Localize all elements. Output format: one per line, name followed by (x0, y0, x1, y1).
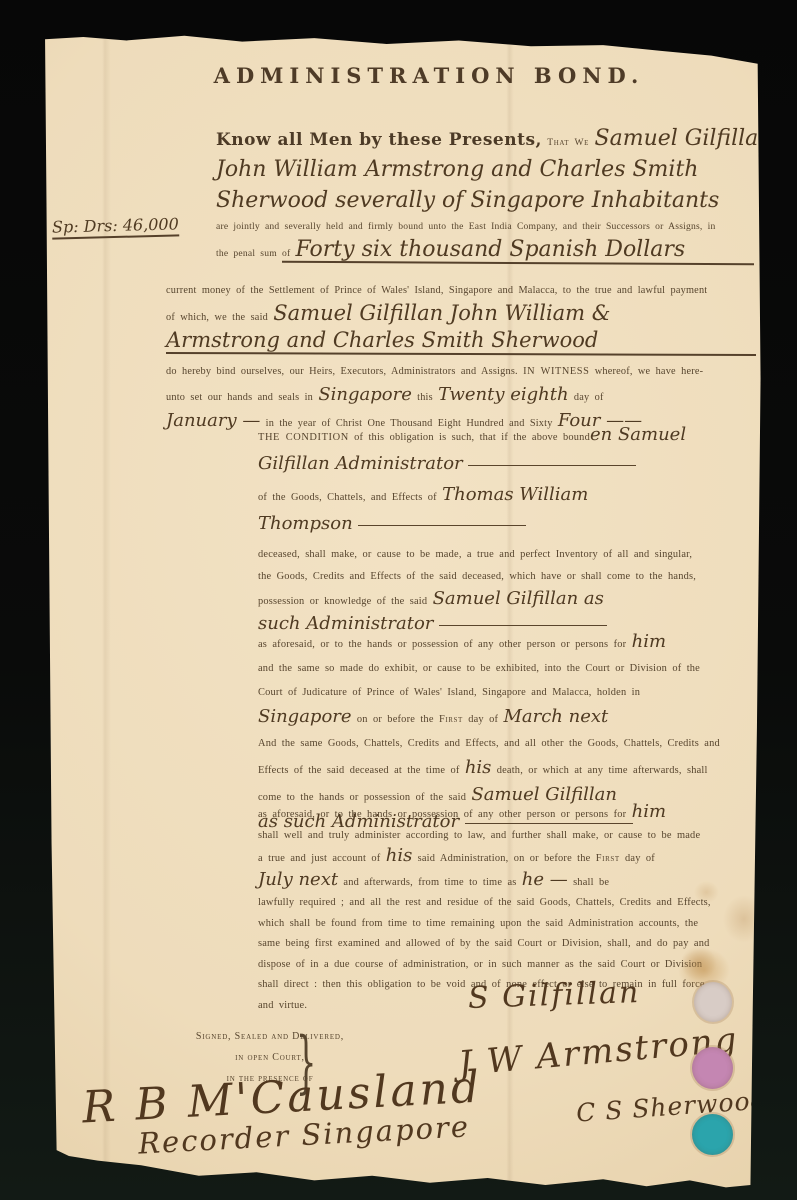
printed-text: the penal sum of (216, 248, 295, 259)
document-line: same being first examined and allowed of… (258, 934, 744, 955)
document-line: July next and afterwards, from time to t… (258, 870, 744, 894)
printed-text: unto set our hands and seals in (166, 392, 318, 403)
document-line: unto set our hands and seals in Singapor… (166, 383, 758, 409)
document-line: Know all Men by these Presents, That We … (216, 125, 744, 156)
printed-text: as aforesaid, or to the hands or possess… (258, 809, 632, 820)
wafer-seal-teal-icon (692, 1114, 733, 1155)
bond-document-paper: ADMINISTRATION BOND. Sp: Drs: 46,000 Kno… (40, 30, 762, 1192)
document-line: dispose of in a due course of administra… (258, 955, 744, 976)
printed-text: as aforesaid, or to the hands or possess… (258, 639, 632, 650)
handwritten-text: en Samuel (590, 424, 686, 445)
document-line: THE CONDITION of this obligation is such… (258, 422, 744, 451)
document-line: current money of the Settlement of Princ… (166, 280, 758, 302)
document-line: lawfully required ; and all the rest and… (258, 893, 744, 914)
printed-text: day of (569, 392, 604, 403)
fill-in-rule (358, 516, 526, 526)
condition-clause-2: of the Goods, Chattels, and Effects of T… (258, 482, 744, 540)
printed-text: possession or knowledge of the said (258, 596, 433, 607)
handwritten-text: Thompson (258, 513, 358, 534)
printed-text: on or before the (352, 714, 439, 725)
printed-text: shall well and truly administer accordin… (258, 830, 700, 841)
printed-text: lawfully required ; and all the rest and… (258, 897, 711, 908)
printed-text: the Goods, Credits and Effects of the sa… (258, 571, 696, 582)
document-title: ADMINISTRATION BOND. (68, 63, 790, 88)
handwritten-text: John William Armstrong and Charles Smith (216, 157, 698, 182)
printed-text: Court of Judicature of Prince of Wales' … (258, 687, 640, 698)
fill-in-rule (439, 616, 607, 626)
document-line: Gilfillan Administrator (258, 451, 744, 480)
handwritten-text: his (465, 757, 492, 778)
document-line: Court of Judicature of Prince of Wales' … (258, 681, 744, 705)
printed-text: a true and just account of (258, 853, 386, 864)
document-line: and the same so made do exhibit, or caus… (258, 657, 744, 681)
printed-text: same being first examined and allowed of… (258, 938, 710, 949)
printed-text: That We (542, 137, 595, 148)
printed-text: dispose of in a due course of administra… (258, 959, 702, 970)
handwritten-text: July next (258, 869, 338, 890)
opening-clause: Know all Men by these Presents, That We … (216, 125, 744, 267)
printed-text: which shall be found from time to time r… (258, 918, 698, 929)
printed-text: First (439, 714, 463, 725)
wafer-seal-pale-icon (694, 982, 732, 1022)
document-line: John William Armstrong and Charles Smith (216, 156, 744, 187)
handwritten-text: his (386, 845, 413, 866)
printed-text: whereof, we have here- (589, 366, 703, 377)
printed-text: are jointly and severally held and firml… (216, 221, 715, 232)
printed-text: of this obligation is such, that if the … (349, 432, 590, 443)
printed-text: and the same so made do exhibit, or caus… (258, 663, 700, 674)
document-line: Armstrong and Charles Smith Sherwood (166, 329, 758, 356)
printed-text: shall be (568, 877, 609, 888)
printed-text: deceased, shall make, or cause to be mad… (258, 549, 692, 560)
printed-text: of which, we the said (166, 312, 273, 323)
handwritten-text: Samuel Gilfillan as (433, 588, 604, 609)
handwritten-text: Thomas William (442, 484, 588, 505)
printed-text: IN WITNESS (523, 366, 589, 377)
printed-text: Effects of the said deceased at the time… (258, 765, 465, 776)
document-line: of which, we the said Samuel Gilfillan J… (166, 302, 758, 329)
attestation-line-1: Signed, Sealed and Delivered, (152, 1026, 388, 1047)
document-line: of the Goods, Chattels, and Effects of T… (258, 482, 744, 511)
handwritten-text: Forty six thousand Spanish Dollars (295, 237, 685, 262)
printed-text: day of (463, 714, 504, 725)
document-line: are jointly and severally held and firml… (216, 218, 744, 236)
photo-background: ADMINISTRATION BOND. Sp: Drs: 46,000 Kno… (0, 0, 797, 1200)
handwritten-text: Samuel Gilfillan (595, 126, 773, 151)
document-line: Singapore on or before the First day of … (258, 705, 744, 732)
printed-text: death, or which at any time afterwards, … (491, 765, 707, 776)
signature-gilfillan: S Gilfillan (467, 975, 640, 1016)
printed-text: First (596, 853, 620, 864)
printed-text: this (412, 392, 438, 403)
document-line: Thompson (258, 511, 744, 540)
printed-text: and virtue. (258, 1000, 307, 1011)
condition-clause-3: deceased, shall make, or cause to be mad… (258, 544, 744, 638)
penal-sum-margin-note: Sp: Drs: 46,000 (52, 214, 179, 239)
document-line: deceased, shall make, or cause to be mad… (258, 544, 744, 566)
handwritten-text: Gilfillan Administrator (258, 453, 468, 474)
handwritten-text: Singapore (258, 706, 352, 727)
fill-in-rule (468, 456, 636, 466)
document-line: Effects of the said deceased at the time… (258, 756, 744, 783)
document-line: as aforesaid, or to the hands or possess… (258, 802, 744, 826)
attestation-line-2: in open Court, (152, 1047, 388, 1068)
condition-clause-1: THE CONDITION of this obligation is such… (258, 422, 744, 480)
handwritten-text: Twenty eighth (438, 384, 569, 405)
document-line: do hereby bind ourselves, our Heirs, Exe… (166, 360, 758, 383)
handwritten-text: Sherwood severally of Singapore Inhabita… (216, 188, 719, 213)
handwritten-text: he — (522, 869, 568, 890)
document-line: And the same Goods, Chattels, Credits an… (258, 732, 744, 756)
signature-sherwood: C S Sherwood (575, 1085, 768, 1127)
handwritten-text: him (632, 631, 666, 652)
document-line: shall well and truly administer accordin… (258, 826, 744, 847)
printed-text: and afterwards, from time to time as (338, 877, 522, 888)
document-line: possession or knowledge of the said Samu… (258, 588, 744, 613)
document-line: the Goods, Credits and Effects of the sa… (258, 566, 744, 588)
handwritten-text: Samuel Gilfillan John William & (273, 301, 610, 325)
document-line: as aforesaid, or to the hands or possess… (258, 630, 744, 657)
handwritten-text: him (632, 801, 666, 822)
handwritten-text: March next (503, 706, 608, 727)
printed-text: do hereby bind ourselves, our Heirs, Exe… (166, 366, 523, 377)
document-line: a true and just account of his said Admi… (258, 846, 744, 870)
document-line: Sherwood severally of Singapore Inhabita… (216, 187, 744, 218)
wafer-seal-pink-icon (692, 1047, 733, 1089)
payment-clause: current money of the Settlement of Princ… (166, 280, 758, 356)
printed-text: said Administration, on or before the (412, 853, 595, 864)
handwritten-text: January — (166, 410, 260, 431)
document-line: the penal sum of Forty six thousand Span… (216, 236, 744, 267)
printed-text: And the same Goods, Chattels, Credits an… (258, 738, 720, 749)
printed-text: THE CONDITION (258, 432, 349, 443)
handwritten-text: Singapore (318, 384, 412, 405)
document-line: which shall be found from time to time r… (258, 914, 744, 935)
handwritten-text: Armstrong and Charles Smith Sherwood (166, 328, 598, 352)
printed-text: current money of the Settlement of Princ… (166, 285, 707, 296)
printed-text: Know all Men by these Presents, (216, 130, 542, 150)
printed-text: day of (620, 853, 655, 864)
printed-text: of the Goods, Chattels, and Effects of (258, 492, 442, 503)
